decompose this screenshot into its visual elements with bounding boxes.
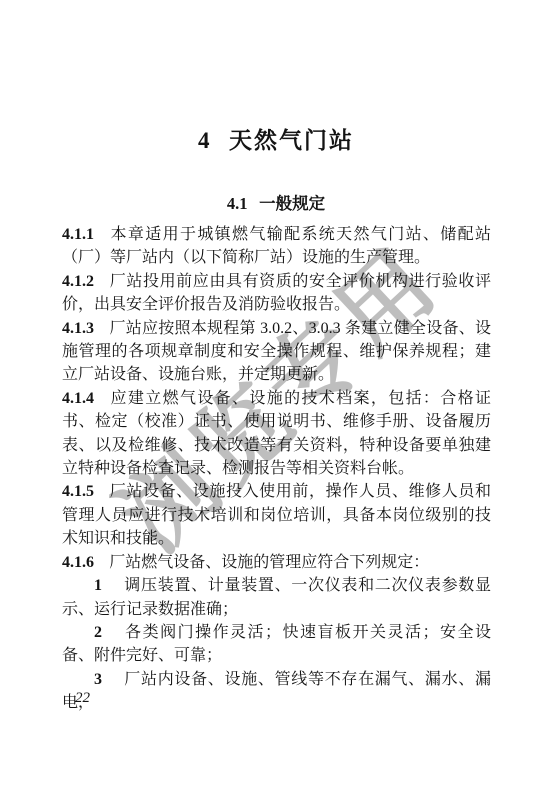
clause-text: 厂站燃气设备、设施的管理应符合下列规定： <box>109 554 429 571</box>
sub-item-2: 2各类阀门操作灵活；快速盲板开关灵活；安全设备、附件完好、可靠； <box>62 621 491 668</box>
section-title-text: 一般规定 <box>259 194 325 213</box>
clause-4-1-3: 4.1.3厂站应按照本规程第 3.0.2、3.0.3 条建立健全设备、设施管理的… <box>62 317 491 387</box>
clause-4-1-1: 4.1.1本章适用于城镇燃气输配系统天然气门站、储配站（厂）等厂站内（以下简称厂… <box>62 223 491 270</box>
sub-item-text: 厂站内设备、设施、管线等不存在漏气、漏水、漏电， <box>62 671 491 711</box>
clause-4-1-6: 4.1.6厂站燃气设备、设施的管理应符合下列规定： <box>62 551 491 574</box>
chapter-title-text: 天然气门站 <box>229 128 354 153</box>
body-text: 4.1.1本章适用于城镇燃气输配系统天然气门站、储配站（厂）等厂站内（以下简称厂… <box>62 223 491 715</box>
sub-item-1: 1调压装置、计量装置、一次仪表和二次仪表参数显示、运行记录数据准确； <box>62 574 491 621</box>
section-number: 4.1 <box>227 194 248 213</box>
sub-item-3: 3厂站内设备、设施、管线等不存在漏气、漏水、漏电， <box>62 668 491 715</box>
clause-text: 厂站设备、设施投入使用前，操作人员、维修人员和管理人员应进行技术培训和岗位培训，… <box>62 483 491 547</box>
sub-item-number: 3 <box>94 671 102 688</box>
chapter-number: 4 <box>198 128 210 153</box>
clause-text: 厂站应按照本规程第 3.0.2、3.0.3 条建立健全设备、设施管理的各项规章制… <box>62 320 491 384</box>
clause-number: 4.1.2 <box>62 273 94 290</box>
clause-number: 4.1.4 <box>62 390 94 407</box>
clause-number: 4.1.3 <box>62 320 94 337</box>
chapter-title: 4天然气门站 <box>62 122 490 155</box>
clause-text: 厂站投用前应由具有资质的安全评价机构进行验收评价，出具安全评价报告及消防验收报告… <box>62 273 491 313</box>
clause-number: 4.1.5 <box>62 483 94 500</box>
sub-item-number: 1 <box>94 577 102 594</box>
section-heading: 4.1一般规定 <box>62 190 490 214</box>
clause-number: 4.1.1 <box>62 226 94 243</box>
clause-number: 4.1.6 <box>62 554 94 571</box>
sub-item-text: 调压装置、计量装置、一次仪表和二次仪表参数显示、运行记录数据准确； <box>62 577 491 617</box>
clause-4-1-2: 4.1.2厂站投用前应由具有资质的安全评价机构进行验收评价，出具安全评价报告及消… <box>62 270 491 317</box>
page-number: 22 <box>75 690 90 707</box>
document-page: 浏览专用 4天然气门站 4.1一般规定 4.1.1本章适用于城镇燃气输配系统天然… <box>0 0 551 790</box>
clause-text: 应建立燃气设备、设施的技术档案，包括：合格证书、检定（校准）证书、使用说明书、维… <box>62 390 491 477</box>
clause-4-1-4: 4.1.4应建立燃气设备、设施的技术档案，包括：合格证书、检定（校准）证书、使用… <box>62 387 491 481</box>
sub-item-number: 2 <box>94 624 102 641</box>
clause-4-1-5: 4.1.5厂站设备、设施投入使用前，操作人员、维修人员和管理人员应进行技术培训和… <box>62 480 491 550</box>
clause-text: 本章适用于城镇燃气输配系统天然气门站、储配站（厂）等厂站内（以下简称厂站）设施的… <box>62 226 491 266</box>
sub-item-text: 各类阀门操作灵活；快速盲板开关灵活；安全设备、附件完好、可靠； <box>62 624 491 664</box>
